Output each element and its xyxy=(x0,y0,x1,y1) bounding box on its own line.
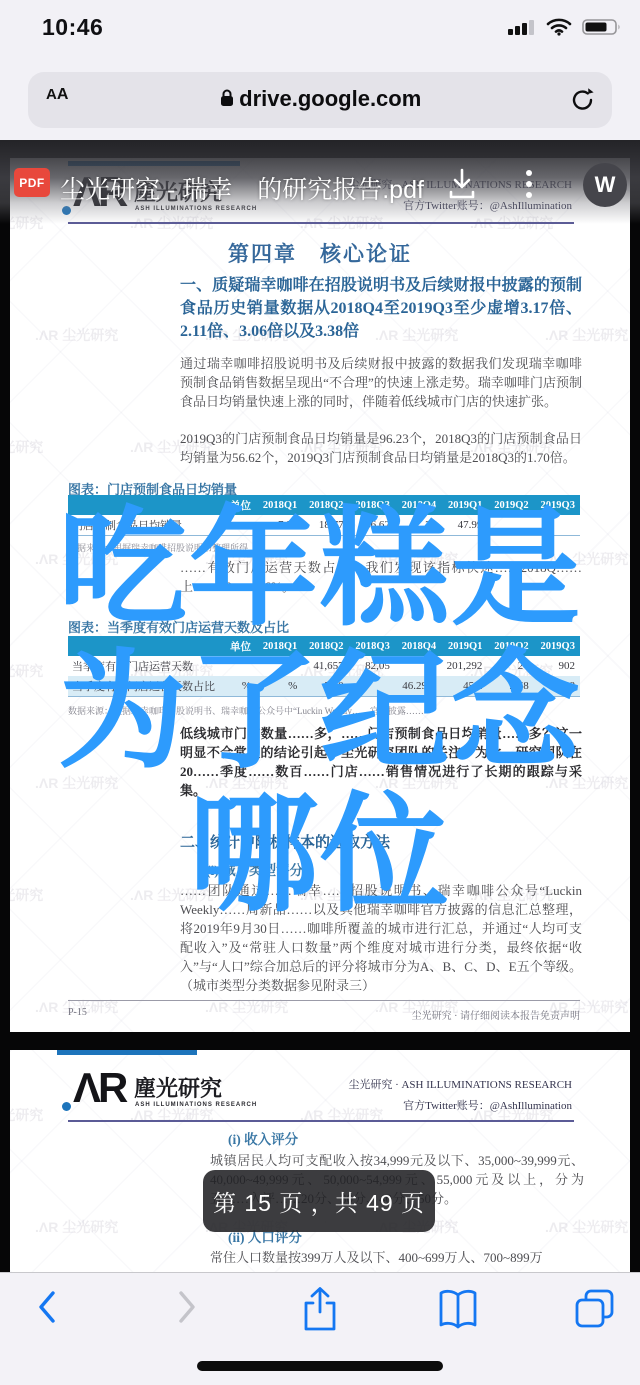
paragraph: 常住人口数量按399万人及以下、400~699万人、700~899万 xyxy=(210,1248,584,1267)
share-button[interactable] xyxy=(298,1285,342,1340)
header-brand-line: 尘光研究 · ASH ILLUMINATIONS RESEARCH xyxy=(348,1076,572,1092)
wifi-icon xyxy=(546,18,572,41)
bookmarks-button[interactable] xyxy=(436,1285,480,1340)
overlay-line: 哪位 xyxy=(10,784,630,927)
back-button[interactable] xyxy=(30,1285,66,1334)
header-divider xyxy=(68,1120,574,1122)
lock-icon xyxy=(219,95,239,112)
battery-icon xyxy=(582,18,622,41)
footer-disclaimer: 尘光研究 · 请仔细阅读本报告免责声明 xyxy=(412,1007,580,1022)
more-options-button[interactable] xyxy=(524,167,534,206)
header-twitter-line: 官方Twitter账号：@AshIllumination xyxy=(348,1097,572,1113)
home-indicator[interactable] xyxy=(197,1361,443,1371)
section-1-heading: 一、质疑瑞幸咖啡在招股说明书及后续财报中披露的预制食品历史销量数据从2018Q4… xyxy=(180,274,582,343)
iphone-safari-screen: { "colors": { "accent_blue": "#1D74BB", … xyxy=(0,0,640,1385)
forward-button[interactable] xyxy=(168,1285,204,1334)
pdf-page-16: .ΛR 尘光研究.ΛR 尘光研究.ΛR 尘光研究.ΛR 尘光研究.ΛR 尘光研究… xyxy=(10,1050,630,1272)
watermark: .ΛR 尘光研究 xyxy=(35,1217,118,1237)
chapter-title: 第四章 核心论证 xyxy=(10,238,630,268)
pdf-file-icon: PDF xyxy=(14,168,50,197)
clock: 10:46 xyxy=(42,14,103,41)
overlay-line: 吃年糕是 xyxy=(10,498,630,641)
safari-toolbar xyxy=(0,1272,640,1385)
paragraph: 通过瑞幸咖啡招股说明书及后续财报中披露的数据我们发现瑞幸咖啡预制食品销售数据呈现… xyxy=(180,354,582,411)
logo-en-text: ASH ILLUMINATIONS RESEARCH xyxy=(135,1102,257,1108)
watermark: .ΛR 尘光研究 xyxy=(130,1105,213,1125)
tabs-button[interactable] xyxy=(572,1285,618,1340)
footer-divider xyxy=(68,1000,580,1001)
page-indicator-toast: 第 15 页 ，共 49 页 xyxy=(203,1170,435,1232)
reload-button[interactable] xyxy=(570,85,596,120)
logo-mark: ΛR xyxy=(73,1064,125,1112)
logo-dot xyxy=(62,1102,71,1111)
watermark: .ΛR 尘光研究 xyxy=(10,1105,43,1125)
overlay-line: 为了纪念 xyxy=(10,641,630,784)
page-accent-bar xyxy=(57,1050,197,1055)
watermark: .ΛR 尘光研究 xyxy=(545,1217,628,1237)
watermark: .ΛR 尘光研究 xyxy=(35,325,118,345)
page-number: P-15 xyxy=(68,1007,87,1018)
status-bar: 10:46 xyxy=(0,0,640,54)
paragraph: 2019Q3的门店预制食品日均销量是96.23个，2018Q3的门店预制食品日均… xyxy=(180,429,582,467)
cellular-signal-icon xyxy=(508,18,536,41)
drive-pdf-header: PDF 尘光研究 - 瑞幸 的研究报告.pdf W xyxy=(0,140,640,224)
document-title: 尘光研究 - 瑞幸 的研究报告.pdf xyxy=(60,170,424,206)
address-bar[interactable]: AA drive.google.com xyxy=(28,72,612,128)
watermark: .ΛR 尘光研究 xyxy=(10,437,43,457)
url-text: drive.google.com xyxy=(239,86,421,111)
meme-question-overlay: 吃年糕是 为了纪念 哪位 xyxy=(10,498,630,927)
download-button[interactable] xyxy=(446,167,478,206)
logo-cn-text: 塵光研究 xyxy=(134,1072,222,1103)
income-score-heading: (i) 收入评分 xyxy=(228,1128,298,1148)
report-header-right: 尘光研究 · ASH ILLUMINATIONS RESEARCH 官方Twit… xyxy=(348,1076,572,1113)
account-avatar[interactable]: W xyxy=(583,163,627,207)
safari-address-area: AA drive.google.com xyxy=(0,54,640,140)
